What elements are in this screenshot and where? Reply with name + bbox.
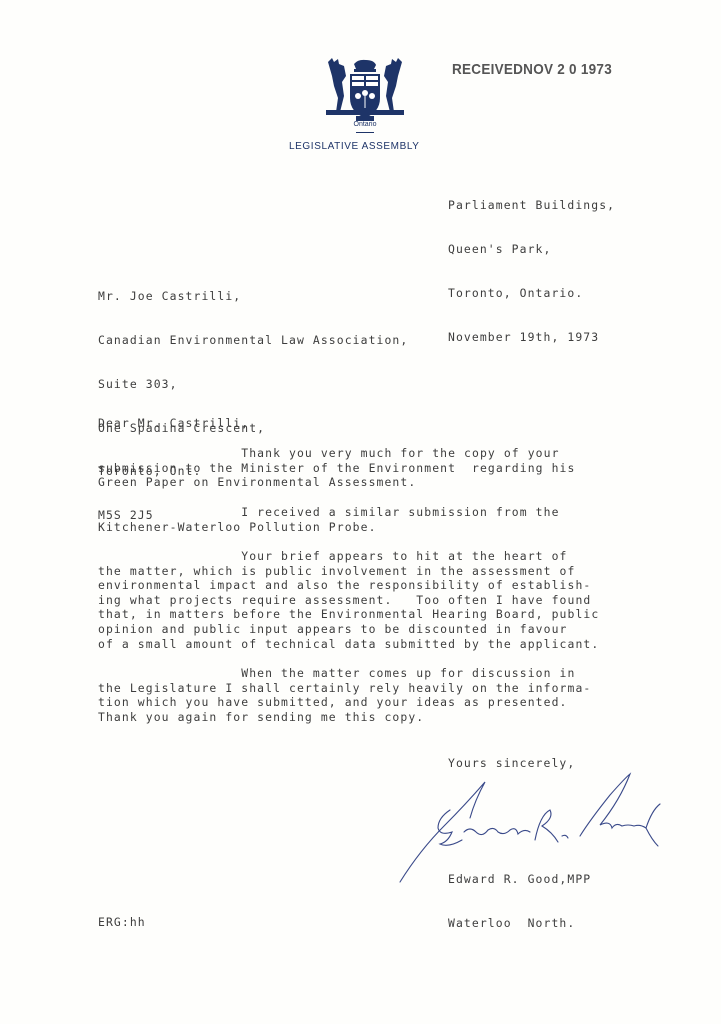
salutation: Dear Mr. Castrilli, bbox=[98, 416, 249, 431]
signatory-block: Edward R. Good,MPP Waterloo North. bbox=[448, 843, 591, 960]
letter-page: Ontario LEGISLATIVE ASSEMBLY RECEIVEDNOV… bbox=[0, 0, 721, 1024]
reference-initials: ERG:hh bbox=[98, 915, 146, 930]
crest-label: Ontario bbox=[322, 121, 408, 128]
sender-address: Parliament Buildings, Queen's Park, Toro… bbox=[448, 169, 615, 373]
sender-address-line: Toronto, Ontario. bbox=[448, 286, 615, 301]
organization-name: LEGISLATIVE ASSEMBLY bbox=[289, 141, 420, 152]
closing: Yours sincerely, bbox=[448, 756, 575, 771]
signatory-riding: Waterloo North. bbox=[448, 916, 591, 931]
recipient-name: Mr. Joe Castrilli, bbox=[98, 289, 408, 304]
sender-address-line: Parliament Buildings, bbox=[448, 198, 615, 213]
recipient-line: Canadian Environmental Law Association, bbox=[98, 333, 408, 348]
body-paragraph: When the matter comes up for discussion … bbox=[98, 666, 591, 724]
letter-date: November 19th, 1973 bbox=[448, 330, 615, 345]
body-paragraph: Thank you very much for the copy of your… bbox=[98, 446, 575, 490]
ontario-coat-of-arms-icon bbox=[322, 56, 408, 128]
recipient-line: Suite 303, bbox=[98, 377, 408, 392]
signatory-name: Edward R. Good,MPP bbox=[448, 872, 591, 887]
received-stamp: RECEIVEDNOV 2 0 1973 bbox=[452, 61, 612, 78]
crest-divider bbox=[356, 132, 374, 133]
sender-address-line: Queen's Park, bbox=[448, 242, 615, 257]
body-paragraph: I received a similar submission from the… bbox=[98, 505, 560, 534]
body-paragraph: Your brief appears to hit at the heart o… bbox=[98, 549, 599, 651]
